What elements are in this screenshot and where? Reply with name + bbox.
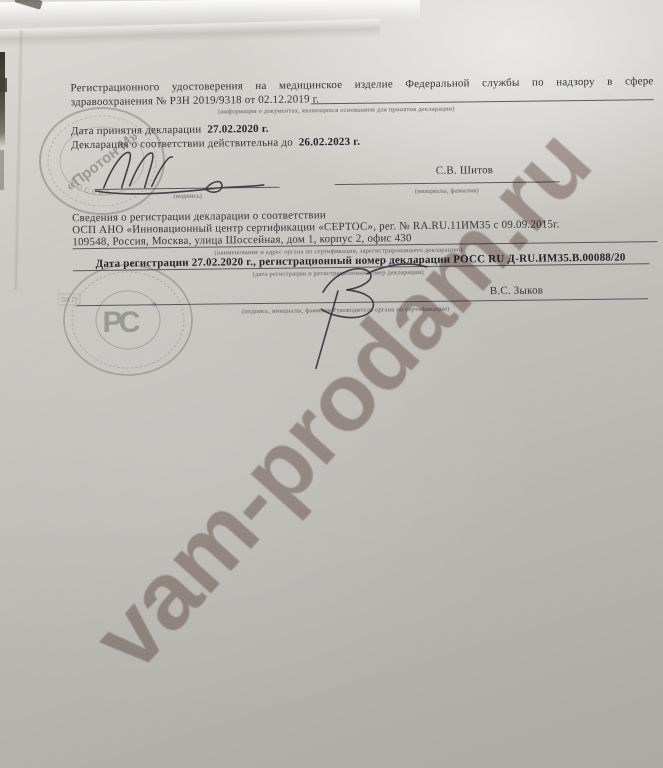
acceptance-date-value: 27.02.2020 г. bbox=[207, 123, 269, 136]
intro-caption: (информация о документах, являющихся осн… bbox=[199, 105, 474, 115]
acceptance-date-row: Дата принятия декларации 27.02.2020 г. bbox=[71, 123, 269, 137]
acceptance-date-label: Дата принятия декларации bbox=[71, 124, 202, 138]
caption-signature: (подпись) bbox=[148, 192, 228, 200]
intro-line1: Регистрационного удостоверения на медици… bbox=[70, 75, 653, 94]
validity-date-value: 26.02.2023 г. bbox=[299, 136, 361, 149]
underline-rule bbox=[311, 99, 654, 104]
scanned-declaration-page: МОСКВА «Протон М» РС ✶ ЗА П Регистрацион… bbox=[0, 0, 663, 768]
handwritten-signature-declarant bbox=[87, 142, 288, 199]
intro-line2: здравоохранения № РЗН 2019/9318 от 02.12… bbox=[71, 93, 320, 108]
